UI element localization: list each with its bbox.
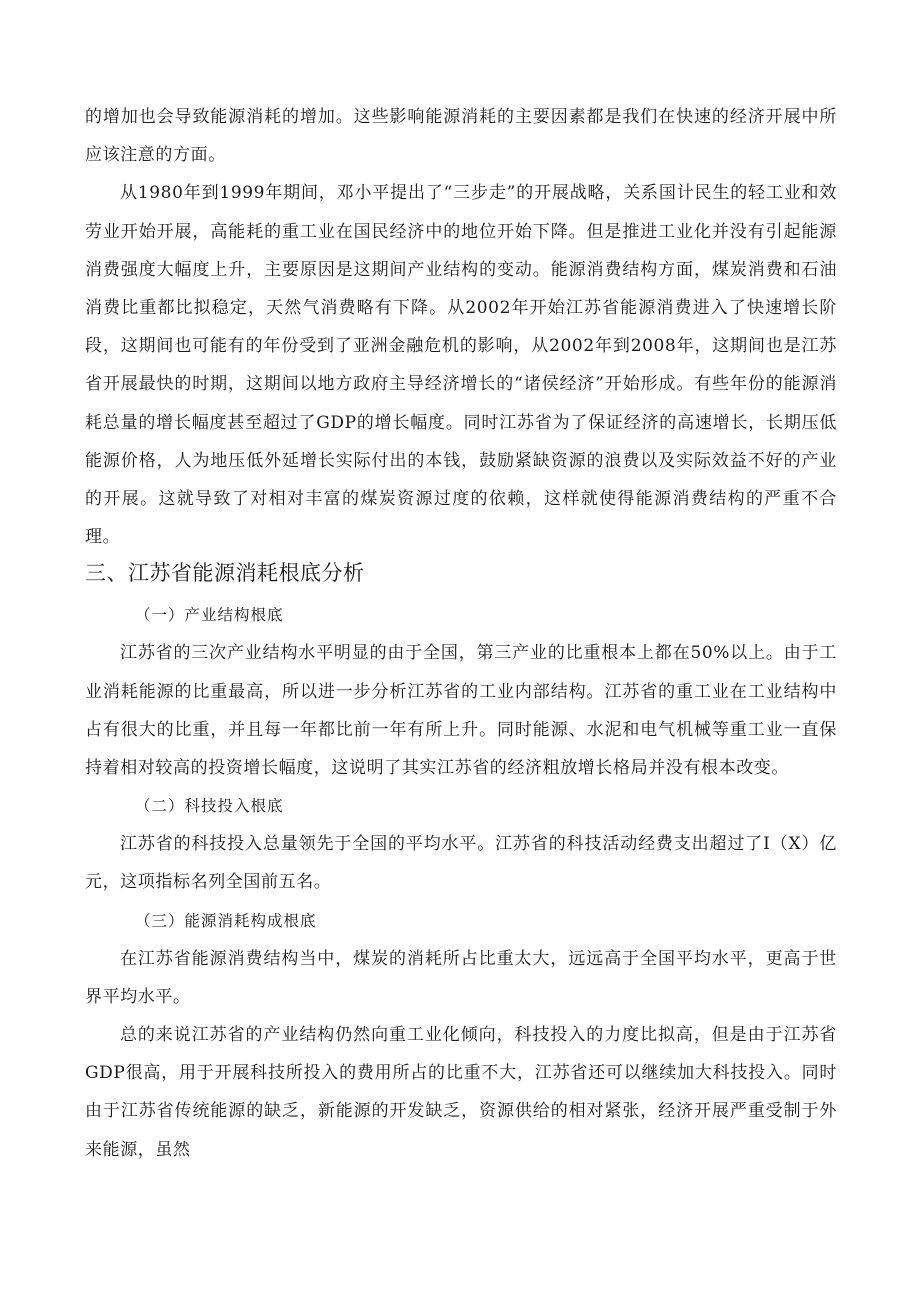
paragraph-industry: 江苏省的三次产业结构水平明显的由于全国，第三产业的比重根本上都在50%以上。由于…	[85, 634, 837, 787]
subsection-heading-technology: （二）科技投入根底	[85, 787, 837, 825]
paragraph-continuation: 的增加也会导致能源消耗的增加。这些影响能源消耗的主要因素都是我们在快速的经济开展…	[85, 98, 837, 174]
paragraph-technology: 江苏省的科技投入总量领先于全国的平均水平。江苏省的科技活动经费支出超过了I（X）…	[85, 825, 837, 901]
paragraph-energy: 在江苏省能源消费结构当中，煤炭的消耗所占比重太大，远远高于全国平均水平，更高于世…	[85, 940, 837, 1016]
section-heading: 三、江苏省能源消耗根底分析	[85, 556, 837, 590]
document-page: 的增加也会导致能源消耗的增加。这些影响能源消耗的主要因素都是我们在快速的经济开展…	[85, 98, 837, 1169]
paragraph-conclusion: 总的来说江苏省的产业结构仍然向重工业化倾向，科技投入的力度比拟高，但是由于江苏省…	[85, 1016, 837, 1169]
paragraph-history: 从1980年到1999年期间，邓小平提出了“三步走”的开展战略，关系国计民生的轻…	[85, 174, 837, 556]
subsection-heading-energy: （三）能源消耗构成根底	[85, 902, 837, 940]
subsection-heading-industry: （一）产业结构根底	[85, 596, 837, 634]
